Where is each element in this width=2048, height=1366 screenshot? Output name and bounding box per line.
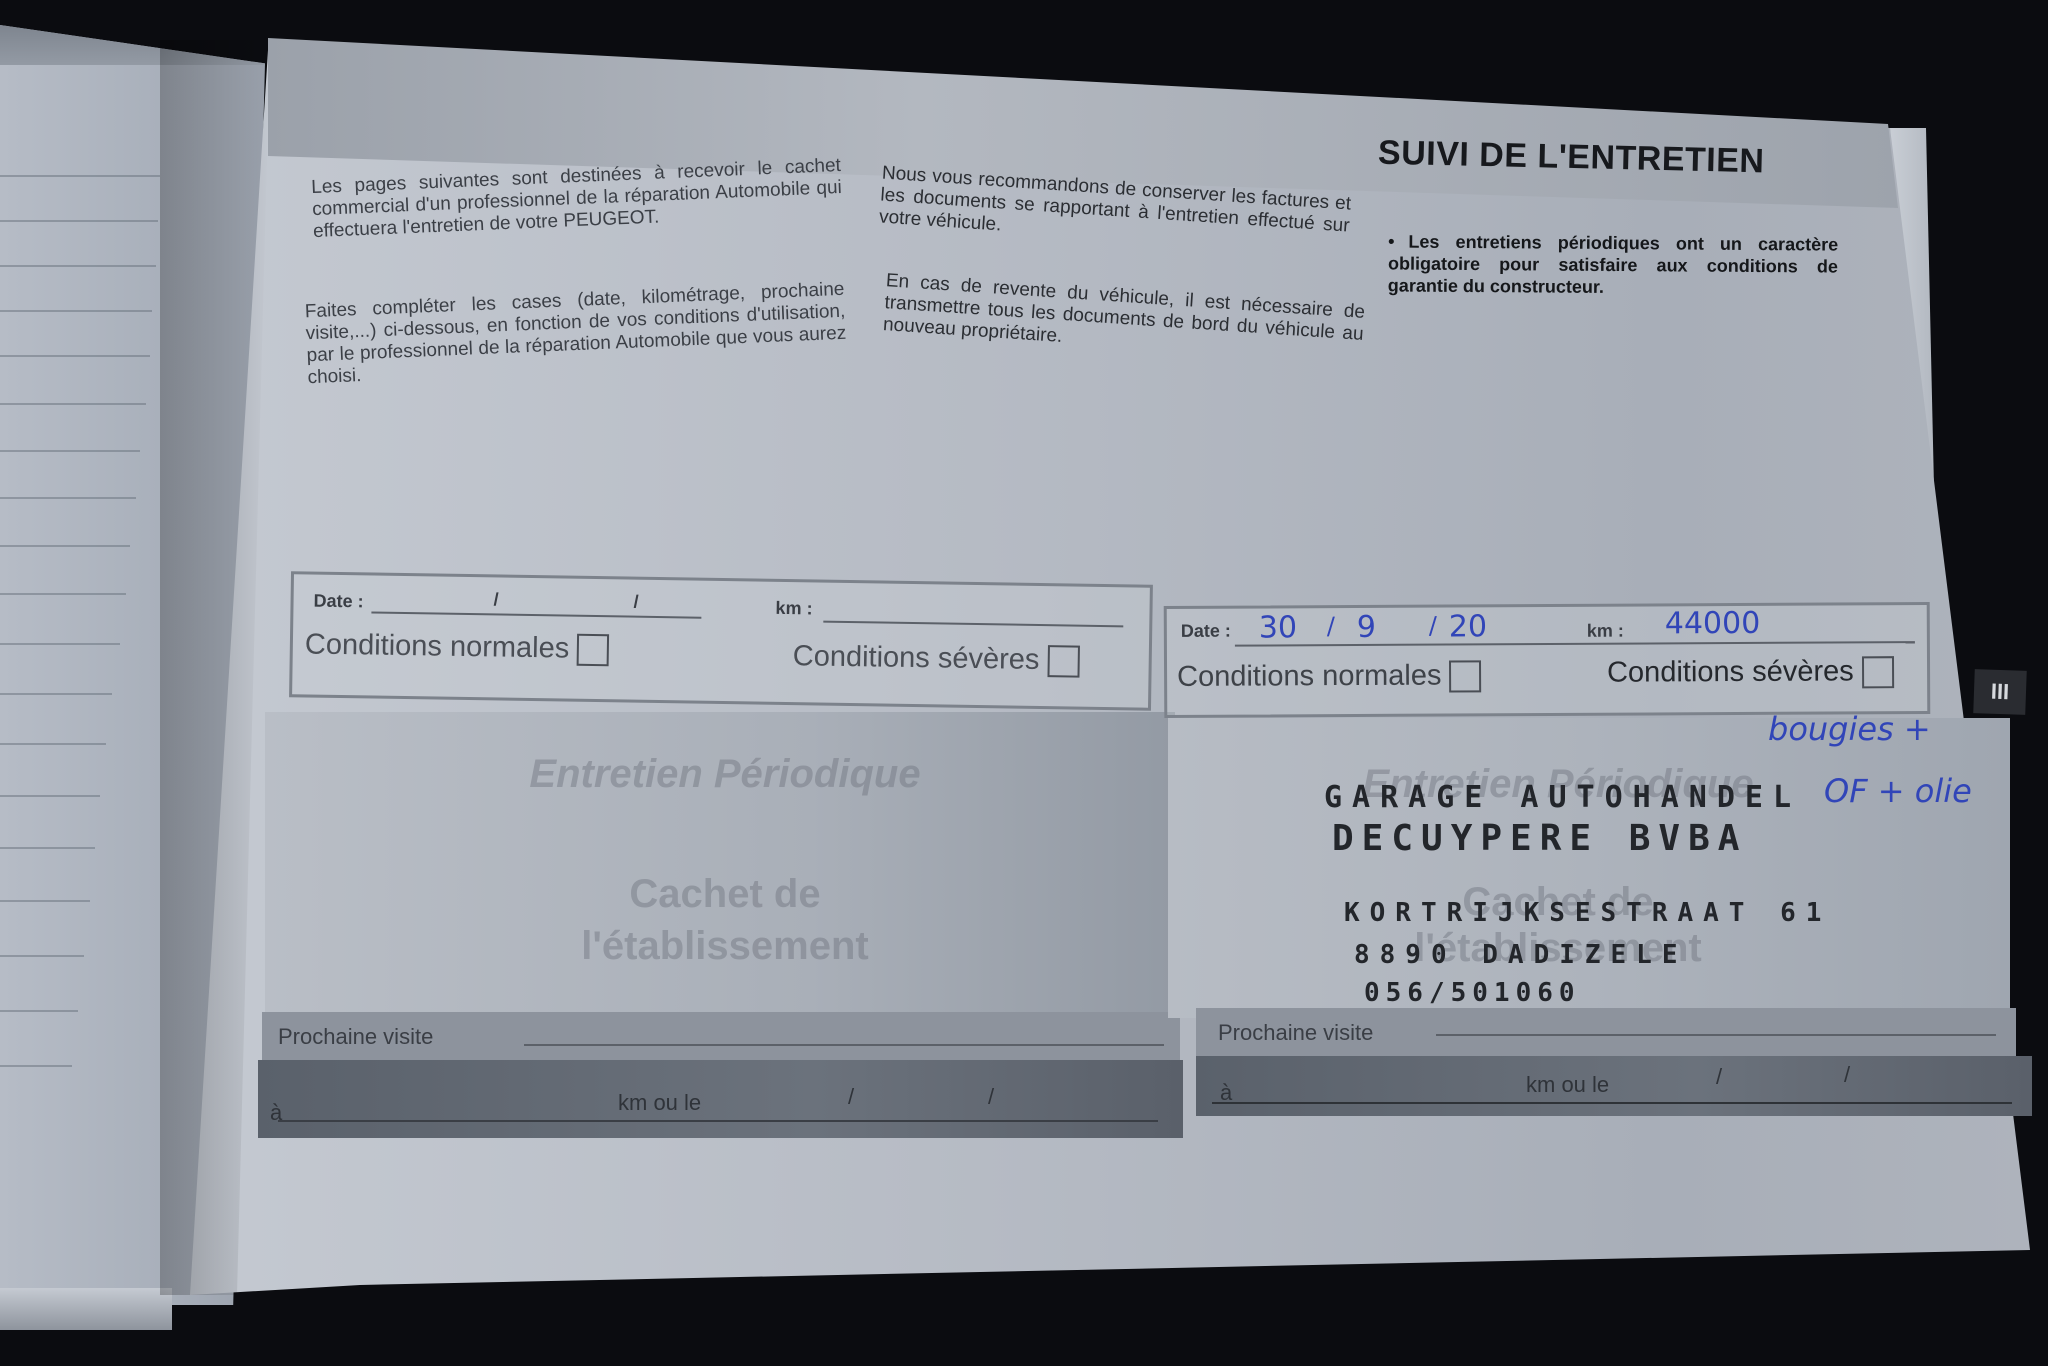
conditions-normal-label: Conditions normales	[1177, 660, 1442, 693]
stamp-area-right: Entretien Périodique Cachet de l'établis…	[1168, 718, 2010, 1018]
date-day-value: 30	[1259, 610, 1297, 645]
at-label: à	[270, 1100, 282, 1126]
bullet-icon: •	[1388, 231, 1394, 251]
ruled-line	[0, 545, 130, 547]
garage-stamp-phone: 056/501060	[1364, 978, 1581, 1008]
ruled-line	[0, 643, 120, 645]
date-separator: /	[988, 1084, 994, 1110]
ruled-line	[0, 310, 152, 312]
date-separator: /	[493, 589, 498, 610]
conditions-severe-label: Conditions sévères	[793, 640, 1040, 676]
garage-stamp-line: GARAGE AUTOHANDEL	[1324, 780, 1801, 815]
date-label: Date :	[1181, 621, 1231, 642]
handwritten-note: bougies +	[1768, 710, 1931, 748]
next-visit-line	[1436, 1034, 1996, 1036]
warranty-note-text: Les entretiens périodiques ont un caract…	[1388, 232, 1838, 297]
date-km-line	[1235, 641, 1915, 647]
ghost-text: l'établissement	[495, 924, 955, 969]
date-month-value: 9	[1357, 610, 1376, 645]
garage-stamp-line: DECUYPERE BVBA	[1332, 818, 1747, 859]
conditions-severe: Conditions sévères	[1607, 655, 1894, 690]
ruled-line	[0, 955, 84, 957]
km-line	[823, 621, 1123, 628]
conditions-normal-checkbox[interactable]	[1449, 661, 1481, 693]
date-label: Date :	[313, 591, 363, 613]
ruled-line	[0, 265, 156, 267]
conditions-normal: Conditions normales	[1177, 659, 1482, 694]
ruled-line	[0, 593, 126, 595]
left-page-edge	[0, 1288, 172, 1330]
entry-header-left: Date : / / km : Conditions normales Cond…	[289, 571, 1153, 711]
conditions-severe-checkbox[interactable]	[1862, 657, 1894, 689]
ruled-line	[0, 693, 112, 695]
km-label: km :	[1587, 621, 1624, 642]
ruled-line	[0, 795, 100, 797]
conditions-normal: Conditions normales	[305, 628, 610, 666]
km-or-label: km ou le	[618, 1090, 701, 1116]
date-separator: /	[1716, 1064, 1722, 1090]
entry-header-right: Date : 30 / 9 / 20 km : 44000 Conditions…	[1164, 602, 1931, 718]
conditions-normal-label: Conditions normales	[305, 628, 570, 664]
date-line	[371, 612, 701, 619]
km-label: km :	[775, 598, 812, 620]
stamp-area-left: Entretien Périodique Cachet de l'établis…	[265, 712, 1175, 1022]
garage-stamp-line: 8890 DADIZELE	[1354, 940, 1688, 970]
km-or-line	[1212, 1102, 2012, 1104]
garage-stamp-line: KORTRIJKSESTRAAT 61	[1344, 898, 1831, 928]
handwritten-note: OF + olie	[1824, 772, 1972, 810]
next-visit-band-left: Prochaine visite	[262, 1012, 1180, 1060]
km-value: 44000	[1665, 606, 1761, 641]
next-visit-line	[524, 1044, 1164, 1046]
date-separator: /	[1844, 1062, 1850, 1088]
ruled-line	[0, 847, 95, 849]
date-year-value: 20	[1449, 609, 1487, 644]
next-visit-label: Prochaine visite	[1218, 1020, 1373, 1046]
section-tab-marker: III	[1973, 669, 2027, 715]
conditions-severe: Conditions sévères	[792, 640, 1079, 678]
ruled-line	[0, 450, 140, 452]
ghost-text: Cachet de	[495, 872, 955, 917]
km-or-label: km ou le	[1526, 1072, 1609, 1098]
ruled-line	[0, 900, 90, 902]
ruled-line	[0, 220, 158, 222]
next-visit-km-band-left: à km ou le / /	[258, 1060, 1183, 1138]
date-separator: /	[1327, 612, 1335, 640]
ruled-line	[0, 1065, 72, 1067]
km-or-line	[278, 1120, 1158, 1122]
warranty-note: •Les entretiens périodiques ont un carac…	[1388, 230, 1838, 299]
next-visit-km-band-right: à km ou le / /	[1196, 1056, 2032, 1116]
ghost-text: Entretien Périodique	[495, 752, 955, 797]
conditions-normal-checkbox[interactable]	[577, 634, 609, 666]
date-separator: /	[848, 1084, 854, 1110]
conditions-severe-label: Conditions sévères	[1607, 655, 1854, 688]
conditions-severe-checkbox[interactable]	[1047, 645, 1079, 677]
ruled-line	[0, 743, 106, 745]
ruled-line	[0, 355, 150, 357]
ruled-line	[0, 497, 136, 499]
ruled-line	[0, 403, 146, 405]
next-visit-label: Prochaine visite	[278, 1024, 433, 1050]
date-separator: /	[1429, 612, 1437, 640]
ruled-line	[0, 175, 160, 177]
date-separator: /	[633, 592, 638, 613]
ruled-line	[0, 1010, 78, 1012]
next-visit-band-right: Prochaine visite	[1196, 1008, 2016, 1056]
